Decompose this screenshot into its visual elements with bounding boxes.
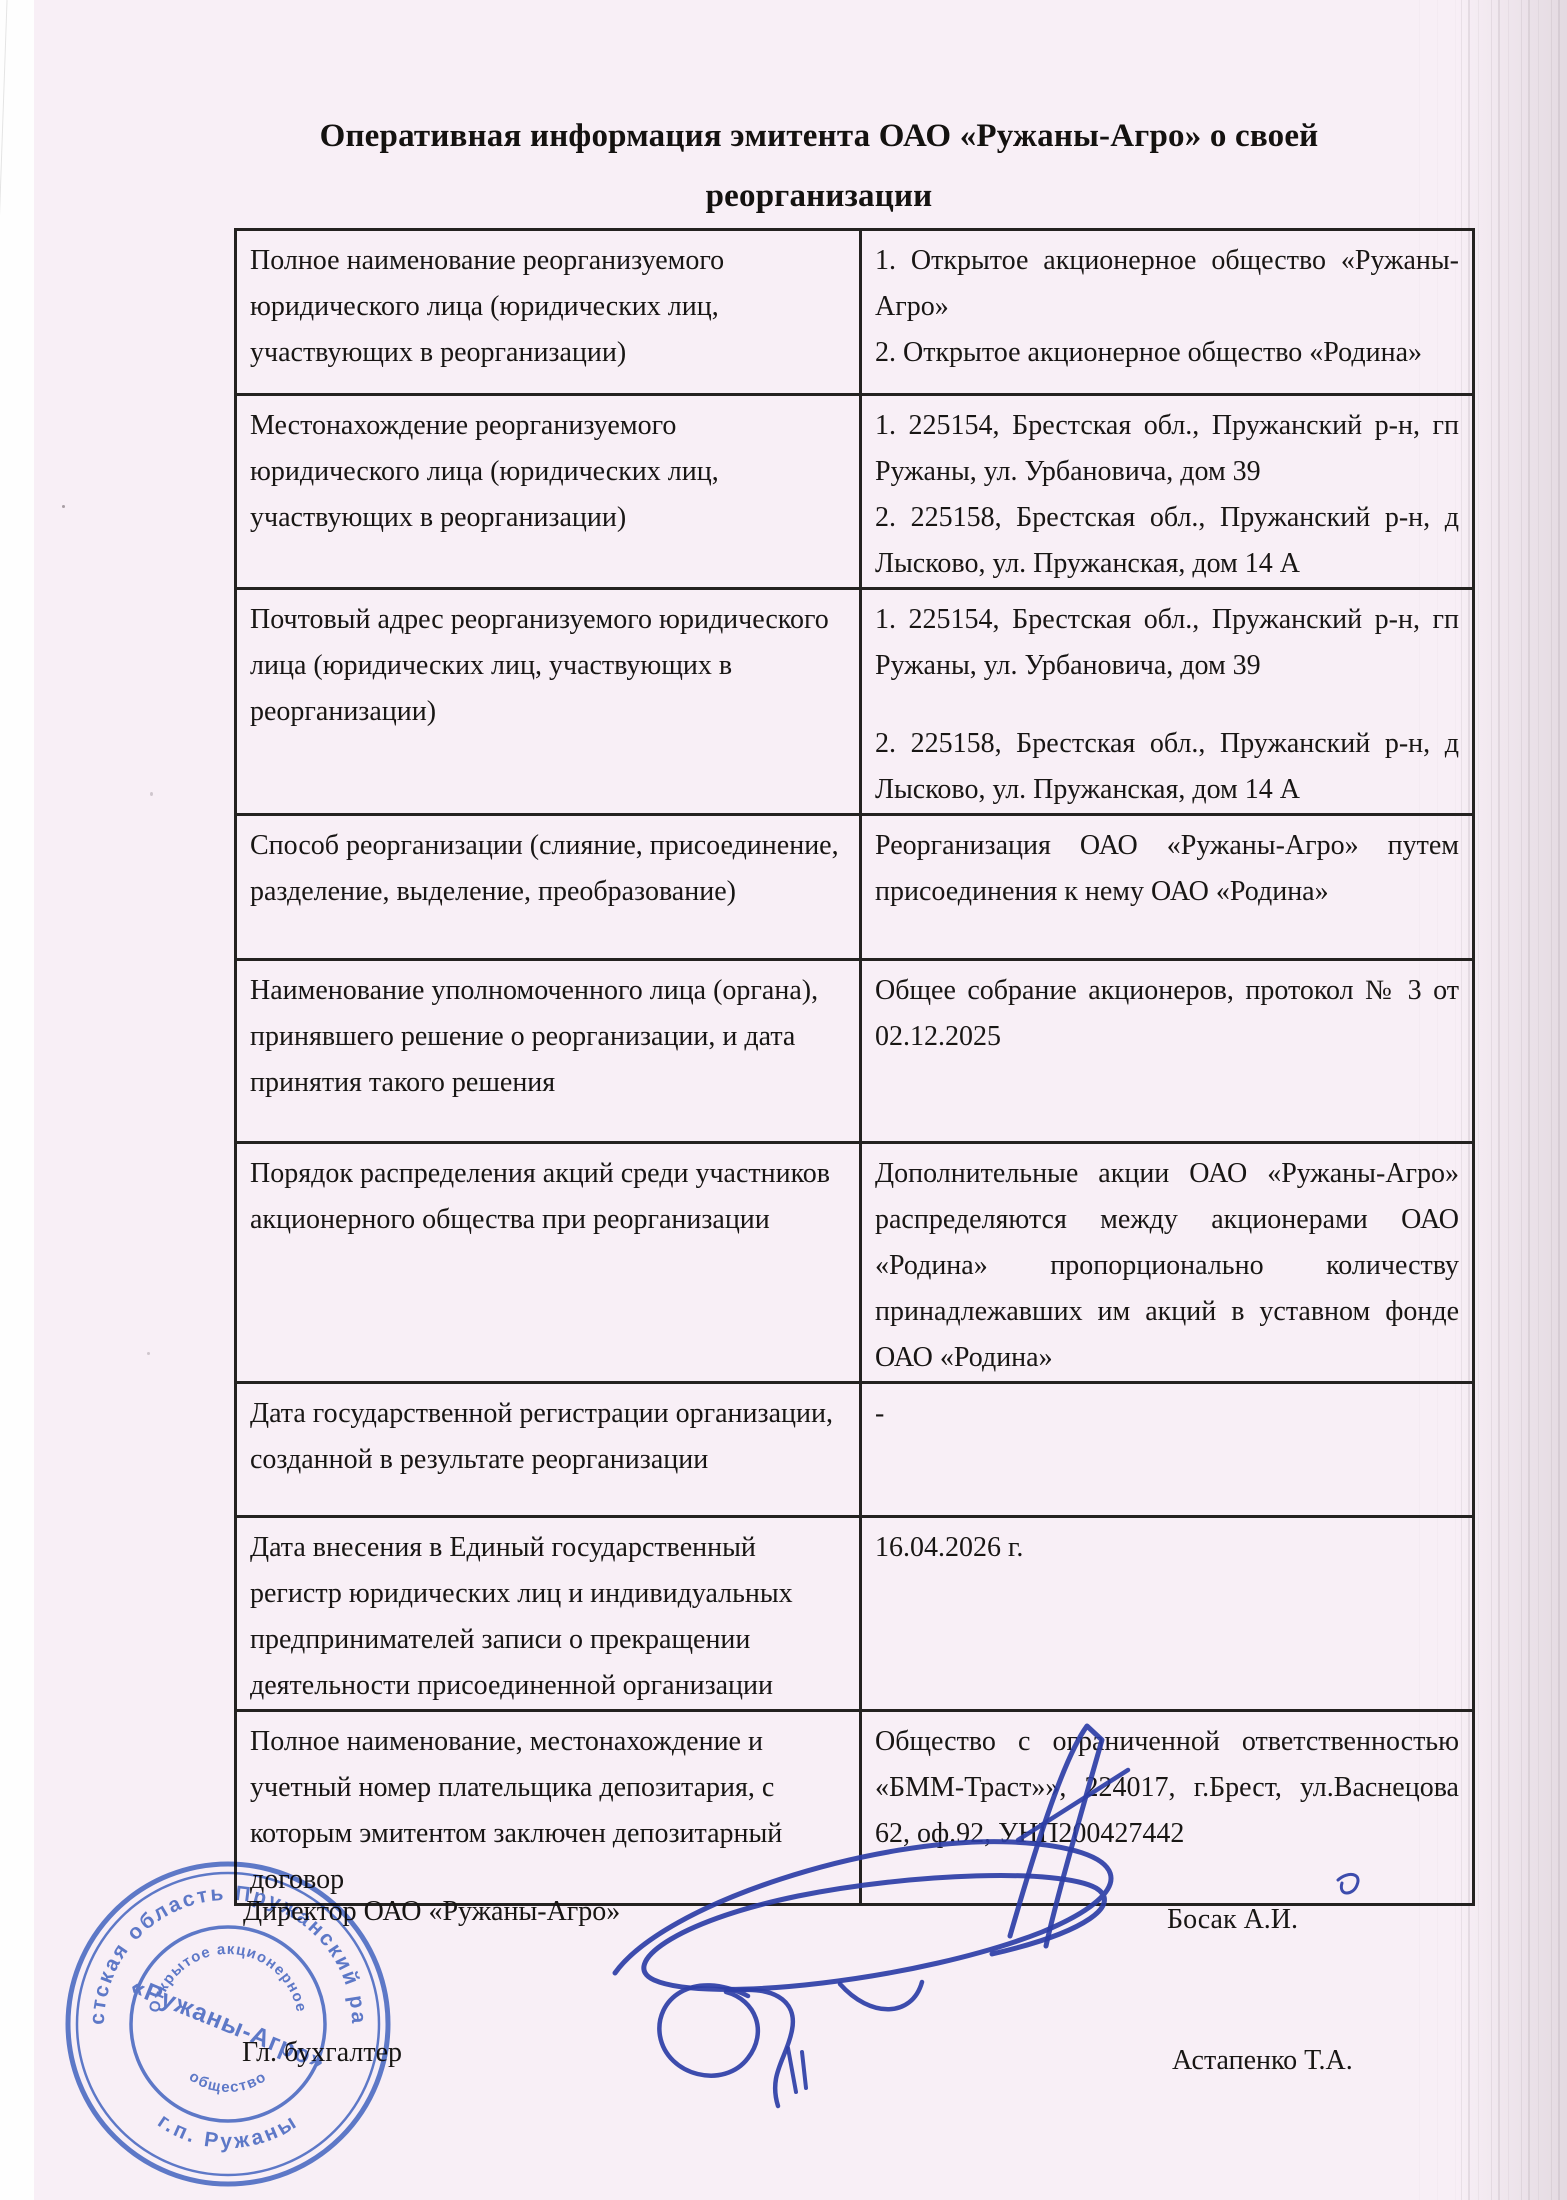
row-value-cell: Дополнительные акции ОАО «Ружаны-Агро» р… <box>861 1143 1474 1383</box>
row-label: Порядок распределения акций среди участн… <box>250 1151 846 1243</box>
row-value-cell: Реорганизация ОАО «Ружаны-Агро» путем пр… <box>861 815 1474 960</box>
table-row: Полное наименование реорганизуемого юрид… <box>236 230 1474 395</box>
row-label: Местонахождение реорганизуемого юридичес… <box>250 403 846 541</box>
table-row: Местонахождение реорганизуемого юридичес… <box>236 395 1474 589</box>
chief-accountant-label: Гл. бухгалтер <box>242 2036 402 2070</box>
row-value-cell: 16.04.2026 г. <box>861 1517 1474 1711</box>
stamp-company-type-text-2: общество <box>186 2068 270 2096</box>
row-value-item: Общество с ограниченной ответственностью… <box>875 1719 1459 1857</box>
table-row: Способ реорганизации (слияние, присоедин… <box>236 815 1474 960</box>
table-row: Дата государственной регистрации организ… <box>236 1383 1474 1517</box>
scan-speck <box>147 1352 150 1355</box>
row-value-item: Общее собрание акционеров, протокол № 3 … <box>875 968 1459 1060</box>
table-row: Дата внесения в Единый государственный р… <box>236 1517 1474 1711</box>
row-value-cell: 1. 225154, Брестская обл., Пружанский р-… <box>861 395 1474 589</box>
row-label: Почтовый адрес реорганизуемого юридическ… <box>250 597 846 735</box>
row-value-cell: 1. 225154, Брестская обл., Пружанский р-… <box>861 589 1474 815</box>
row-label-cell: Способ реорганизации (слияние, присоедин… <box>236 815 861 960</box>
accountant-name: Астапенко Т.А. <box>1172 2044 1353 2078</box>
page-edge-line <box>0 0 8 260</box>
row-value-cell: Общество с ограниченной ответственностью… <box>861 1711 1474 1905</box>
row-label-cell: Дата внесения в Единый государственный р… <box>236 1517 861 1711</box>
table-row: Полное наименование, местонахождение и у… <box>236 1711 1474 1905</box>
director-name: Босак А.И. <box>1167 1903 1298 1937</box>
row-value-item: 1. Открытое акционерное общество «Ружаны… <box>875 238 1459 330</box>
accountant-signature <box>659 1985 806 2106</box>
row-value-item: - <box>875 1391 1459 1437</box>
scan-speck <box>62 505 65 508</box>
scanner-left-margin <box>0 0 34 2200</box>
row-label: Полное наименование реорганизуемого юрид… <box>250 238 846 376</box>
scanned-document: { "title": "Оперативная информация эмите… <box>0 0 1567 2200</box>
row-label-cell: Почтовый адрес реорганизуемого юридическ… <box>236 589 861 815</box>
row-label-cell: Полное наименование реорганизуемого юрид… <box>236 230 861 395</box>
table-row: Почтовый адрес реорганизуемого юридическ… <box>236 589 1474 815</box>
row-value-item: Реорганизация ОАО «Ружаны-Агро» путем пр… <box>875 823 1459 915</box>
row-value-cell: Общее собрание акционеров, протокол № 3 … <box>861 960 1474 1143</box>
document-title: Оперативная информация эмитента ОАО «Руж… <box>234 106 1404 226</box>
table-row: Наименование уполномоченного лица (орган… <box>236 960 1474 1143</box>
stamp-middle-ring <box>131 1927 325 2121</box>
table-row: Порядок распределения акций среди участн… <box>236 1143 1474 1383</box>
row-value-item: 2. 225158, Брестская обл., Пружанский р-… <box>875 721 1459 813</box>
row-label-cell: Дата государственной регистрации организ… <box>236 1383 861 1517</box>
row-value-item: 2. 225158, Брестская обл., Пружанский р-… <box>875 495 1459 587</box>
row-value-item: 2. Открытое акционерное общество «Родина… <box>875 330 1459 376</box>
row-label: Полное наименование, местонахождение и у… <box>250 1719 846 1903</box>
row-label: Дата государственной регистрации организ… <box>250 1391 846 1483</box>
row-value-item: 1. 225154, Брестская обл., Пружанский р-… <box>875 403 1459 495</box>
row-value-item: Дополнительные акции ОАО «Ружаны-Агро» р… <box>875 1151 1459 1381</box>
row-label: Способ реорганизации (слияние, присоедин… <box>250 823 846 915</box>
row-value-cell: - <box>861 1383 1474 1517</box>
scan-speck <box>150 792 153 796</box>
row-value-cell: 1. Открытое акционерное общество «Ружаны… <box>861 230 1474 395</box>
row-label-cell: Местонахождение реорганизуемого юридичес… <box>236 395 861 589</box>
row-label-cell: Порядок распределения акций среди участн… <box>236 1143 861 1383</box>
row-label-cell: Полное наименование, местонахождение и у… <box>236 1711 861 1905</box>
stamp-town-text: г.п. Ружаны <box>154 2109 303 2153</box>
reorganization-info-table: Полное наименование реорганизуемого юрид… <box>234 228 1475 1906</box>
row-value-item: 16.04.2026 г. <box>875 1525 1459 1571</box>
row-label: Дата внесения в Единый государственный р… <box>250 1525 846 1709</box>
row-label: Наименование уполномоченного лица (орган… <box>250 968 846 1106</box>
row-label-cell: Наименование уполномоченного лица (орган… <box>236 960 861 1143</box>
stamp-company-type-text: Открытое акционерное <box>146 1941 310 2014</box>
director-title-label: Директор ОАО «Ружаны-Агро» <box>243 1895 620 1929</box>
row-value-item: 1. 225154, Брестская обл., Пружанский р-… <box>875 597 1459 689</box>
